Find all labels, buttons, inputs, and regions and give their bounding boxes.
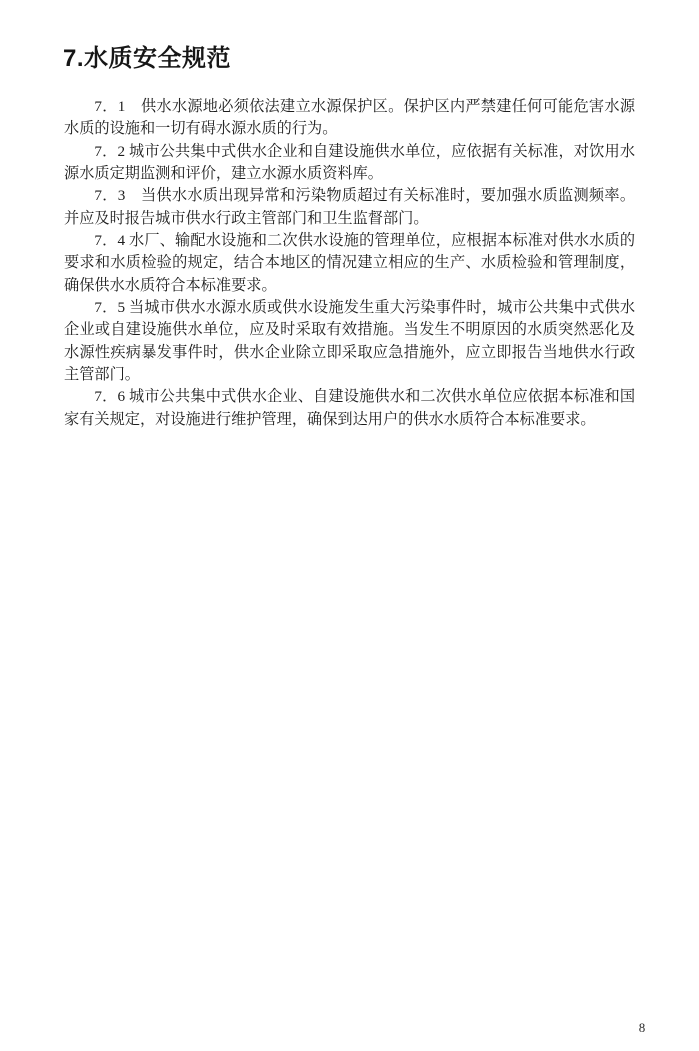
document-page: 7.水质安全规范 7．1 供水水源地必须依法建立水源保护区。保护区内严禁建任何可… <box>0 0 699 1051</box>
paragraph-7-2: 7．2 城市公共集中式供水企业和自建设施供水单位，应依据有关标准，对饮用水源水质… <box>64 141 635 186</box>
paragraph-7-3: 7．3 当供水水质出现异常和污染物质超过有关标准时，要加强水质监测频率。并应及时… <box>64 185 635 230</box>
paragraph-7-5: 7．5 当城市供水水源水质或供水设施发生重大污染事件时，城市公共集中式供水企业或… <box>64 297 635 386</box>
section-body: 7．1 供水水源地必须依法建立水源保护区。保护区内严禁建任何可能危害水源水质的设… <box>64 96 635 431</box>
paragraph-7-4: 7．4 水厂、输配水设施和二次供水设施的管理单位，应根据本标准对供水水质的要求和… <box>64 230 635 297</box>
section-title: 7.水质安全规范 <box>63 42 231 76</box>
page-number: 8 <box>630 1020 654 1036</box>
paragraph-7-6: 7．6 城市公共集中式供水企业、自建设施供水和二次供水单位应依据本标准和国家有关… <box>64 386 635 431</box>
paragraph-7-1: 7．1 供水水源地必须依法建立水源保护区。保护区内严禁建任何可能危害水源水质的设… <box>64 96 635 141</box>
